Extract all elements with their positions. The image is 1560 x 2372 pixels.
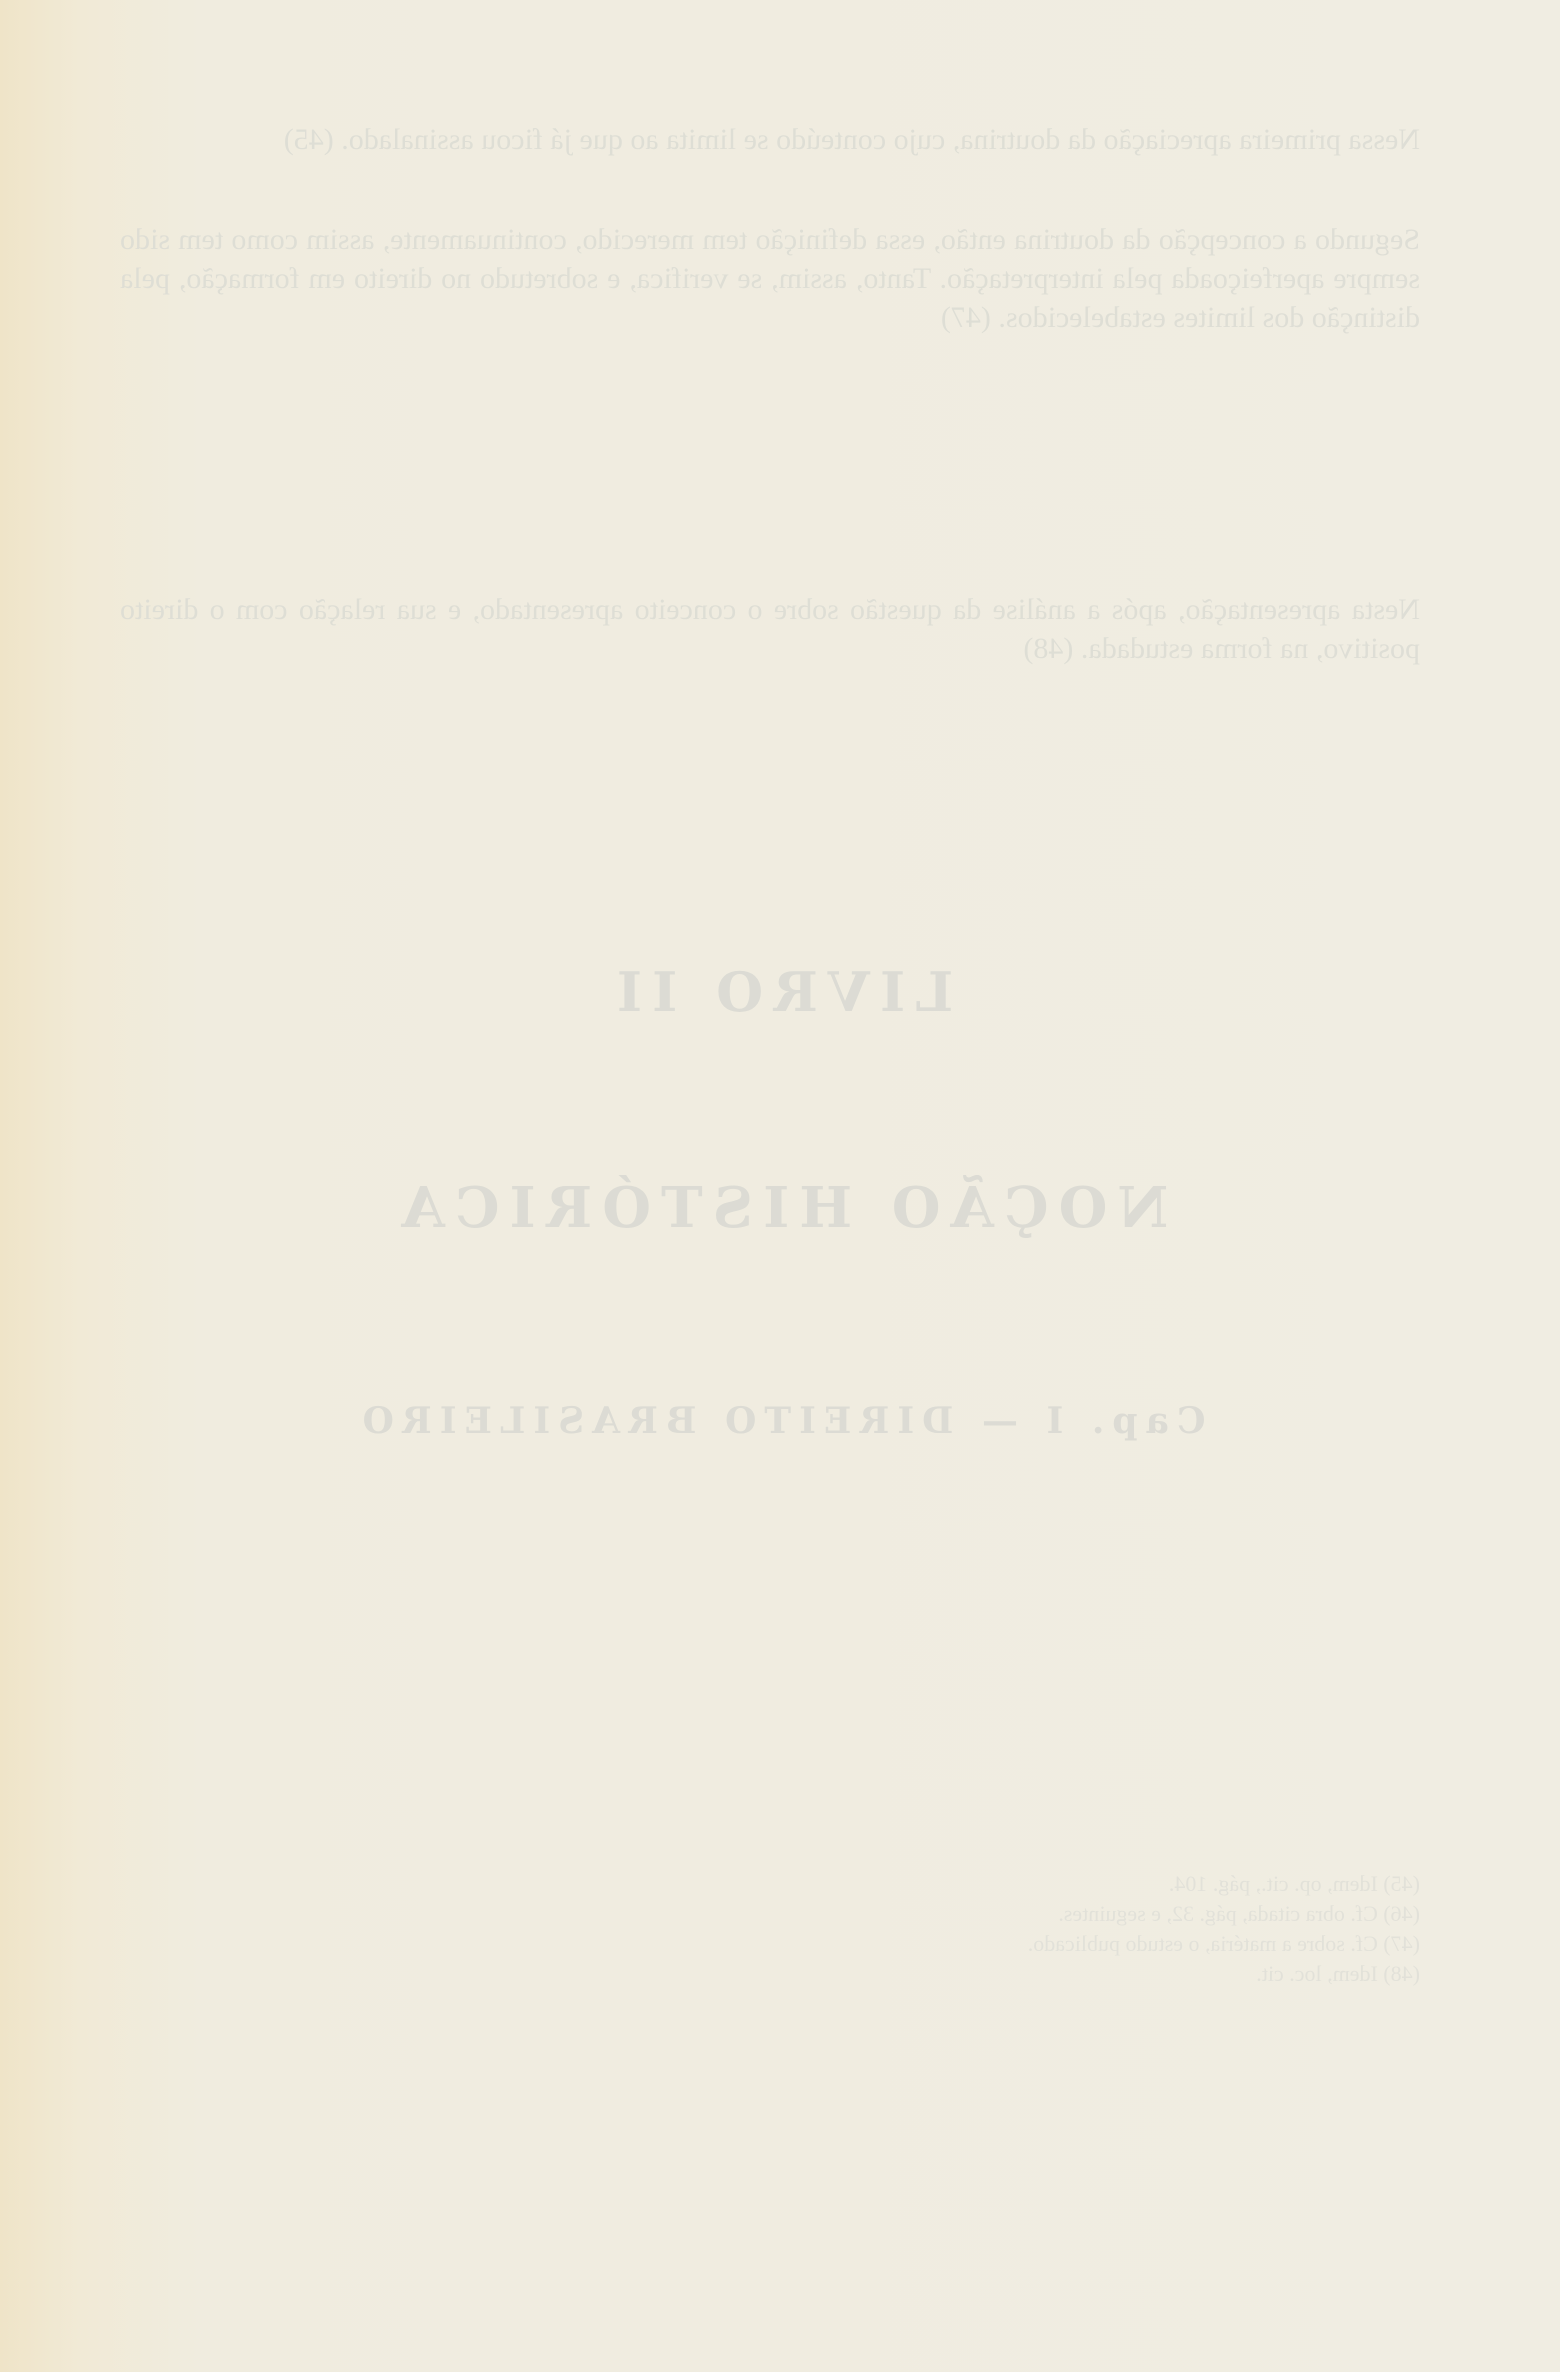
bleed-through-footnote: (47) Cf. sobre a matéria, o estudo publi… — [120, 1930, 1420, 1958]
bleed-through-book-heading: LIVRO II — [0, 960, 1560, 1024]
bleed-through-section-heading: NOÇÃO HISTÓRICA — [0, 1175, 1560, 1241]
bleed-through-paragraph: Nesta apresentação, após a análise da qu… — [120, 590, 1420, 668]
bleed-through-footnote: (46) Cf. obra citada, pág. 32, e seguint… — [120, 1900, 1420, 1928]
bleed-through-footnote: (45) Idem, op. cit., pág. 104. — [120, 1870, 1420, 1898]
bleed-through-paragraph: Nessa primeira apreciação da doutrina, c… — [120, 120, 1420, 159]
bleed-through-chapter-heading: Cap. I — DIREITO BRASILEIRO — [0, 1400, 1560, 1442]
bleed-through-footnote: (48) Idem, loc. cit. — [120, 1960, 1420, 1988]
bleed-through-paragraph: Segundo a concepção da doutrina então, e… — [120, 220, 1420, 337]
book-page: Nessa primeira apreciação da doutrina, c… — [0, 0, 1560, 2372]
